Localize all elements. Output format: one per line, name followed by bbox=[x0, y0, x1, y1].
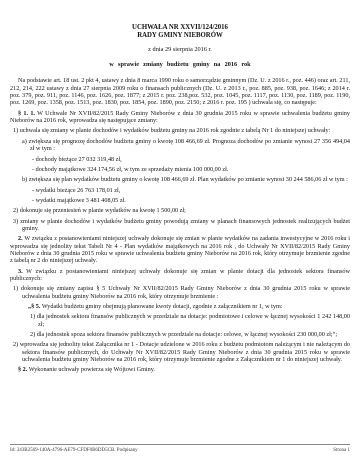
item-marker: 1) bbox=[13, 127, 18, 134]
item-3-paragraph: 3) zmiany w planie dochodów i wydatków b… bbox=[22, 218, 350, 233]
section-marker: § 1. 1. bbox=[18, 110, 35, 117]
section-marker: 3. bbox=[18, 268, 23, 275]
item-marker: 1) bbox=[30, 313, 35, 320]
section-marker: 2. bbox=[18, 235, 23, 242]
paragraph-text: dokonuje się przeniesień w planie wydatk… bbox=[20, 207, 186, 214]
section-2-paragraph: § 2. Wykonanie uchwały powierza się Wójt… bbox=[10, 366, 350, 373]
paragraph-text: zwiększa się prognozę dochodów budżetu g… bbox=[29, 138, 350, 152]
item-b-paragraph: b) zwiększa się plan wydatków budżetu gm… bbox=[30, 176, 350, 183]
dash-item-current-expenses: - wydatki bieżące 26 763 178,01 zł, bbox=[32, 187, 350, 194]
paragraph-text: uchwala się zmiany w planie dochodów i w… bbox=[20, 127, 331, 134]
paragraph-text: dochody majątkowe 324 174,56 zł, w tym z… bbox=[36, 166, 229, 173]
paragraph-text: Na podstawie art. 18 ust. 2 pkt 4, ustaw… bbox=[10, 77, 350, 106]
item-marker: 2) bbox=[13, 341, 18, 348]
page-footer: Id: 343B2569-140A-4796-AE79-CFDF0B6DD5CB… bbox=[10, 444, 350, 453]
document-id-signed-label: Id: 343B2569-140A-4796-AE79-CFDF0B6DD5CB… bbox=[10, 448, 138, 453]
page-number-label: Strona 1 bbox=[333, 448, 350, 453]
item-marker: b) bbox=[22, 176, 27, 183]
paragraph-text: dla jednostek spoza sektora finansów pub… bbox=[37, 331, 337, 338]
item-marker: a) bbox=[22, 138, 27, 145]
resolution-number-title: UCHWAŁA NR XXVII/124/2016 bbox=[10, 24, 350, 32]
paragraph-text: wprowadza się jednolity tekst Załącznika… bbox=[20, 341, 350, 363]
dash-item-current-income: - dochody bieżące 27 032 319,48 zł, bbox=[32, 156, 350, 163]
point-3-item-2-paragraph: 2) wprowadza się jednolity tekst Załączn… bbox=[22, 341, 350, 363]
resolution-subject: w sprawie zmiany budżetu gminy na 2016 r… bbox=[10, 61, 350, 68]
dash-item-capital-expenses: - wydatki majątkowe 3 481 408,05 zł. bbox=[32, 197, 350, 204]
paragraph-text: dla jednostek sektora finansów publiczny… bbox=[37, 313, 350, 327]
quoted-item-2-paragraph: 2) dla jednostek spoza sektora finansów … bbox=[38, 331, 350, 338]
paragraph-text: Wydatki budżetu gminy obejmują planowane… bbox=[42, 303, 283, 310]
document-body: Na podstawie art. 18 ust. 2 pkt 4, ustaw… bbox=[10, 77, 350, 373]
paragraph-text: zwiększa się plan wydatków budżetu gminy… bbox=[29, 176, 348, 183]
resolution-date: z dnia 29 sierpnia 2016 r. bbox=[10, 46, 350, 53]
section-1-point-2-paragraph: 2. W związku z postanowieniami niniejsze… bbox=[10, 235, 350, 264]
dash-marker: - bbox=[32, 166, 34, 173]
paragraph-text: W związku z postanowieniami niniejszej u… bbox=[10, 268, 350, 282]
section-1-point-3-paragraph: 3. W związku z postanowieniami niniejsze… bbox=[10, 268, 350, 283]
quoted-item-1-paragraph: 1) dla jednostek sektora finansów public… bbox=[38, 313, 350, 328]
paragraph-text: W związku z postanowieniami niniejszej u… bbox=[10, 235, 350, 264]
paragraph-text: zmiany w planie dochodów i wydatków budż… bbox=[20, 218, 350, 232]
section-1-paragraph: § 1. 1. W Uchwale Nr XVII/82/2015 Rady G… bbox=[10, 110, 350, 125]
paragraph-text: wydatki majątkowe 3 481 408,05 zł. bbox=[36, 197, 126, 204]
item-a-paragraph: a) zwiększa się prognozę dochodów budżet… bbox=[30, 138, 350, 153]
point-3-item-1-paragraph: 1) dokonuje się zmiany zapisu § 5 Uchwał… bbox=[22, 285, 350, 300]
paragraph-text: Wykonanie uchwały powierza się Wójtowi G… bbox=[29, 366, 155, 373]
item-1-paragraph: 1) uchwala się zmiany w planie dochodów … bbox=[22, 127, 350, 134]
document-page: UCHWAŁA NR XXVII/124/2016 RADY GMINY NIE… bbox=[0, 0, 360, 466]
section-marker: „§ 5. bbox=[28, 303, 40, 310]
item-marker: 1) bbox=[13, 285, 18, 292]
legal-basis-paragraph: Na podstawie art. 18 ust. 2 pkt 4, ustaw… bbox=[10, 77, 350, 106]
item-marker: 3) bbox=[13, 218, 18, 225]
council-name-title: RADY GMINY NIEBORÓW bbox=[10, 32, 350, 40]
item-2-paragraph: 2) dokonuje się przeniesień w planie wyd… bbox=[22, 207, 350, 214]
paragraph-text: dokonuje się zmiany zapisu § 5 Uchwały N… bbox=[21, 285, 350, 299]
dash-marker: - bbox=[32, 156, 34, 163]
paragraph-text: dochody bieżące 27 032 319,48 zł, bbox=[36, 156, 122, 163]
dash-marker: - bbox=[32, 197, 34, 204]
paragraph-text: wydatki bieżące 26 763 178,01 zł, bbox=[36, 187, 121, 194]
paragraph-text: W Uchwale Nr XVII/82/2015 Rady Gminy Nie… bbox=[10, 110, 350, 124]
item-marker: 2) bbox=[13, 207, 18, 214]
dash-item-capital-income: - dochody majątkowe 324 174,56 zł, w tym… bbox=[32, 166, 350, 173]
quoted-section-5-paragraph: „§ 5. Wydatki budżetu gminy obejmują pla… bbox=[28, 303, 350, 310]
item-marker: 2) bbox=[30, 331, 35, 338]
section-marker: § 2. bbox=[18, 366, 27, 373]
dash-marker: - bbox=[32, 187, 34, 194]
